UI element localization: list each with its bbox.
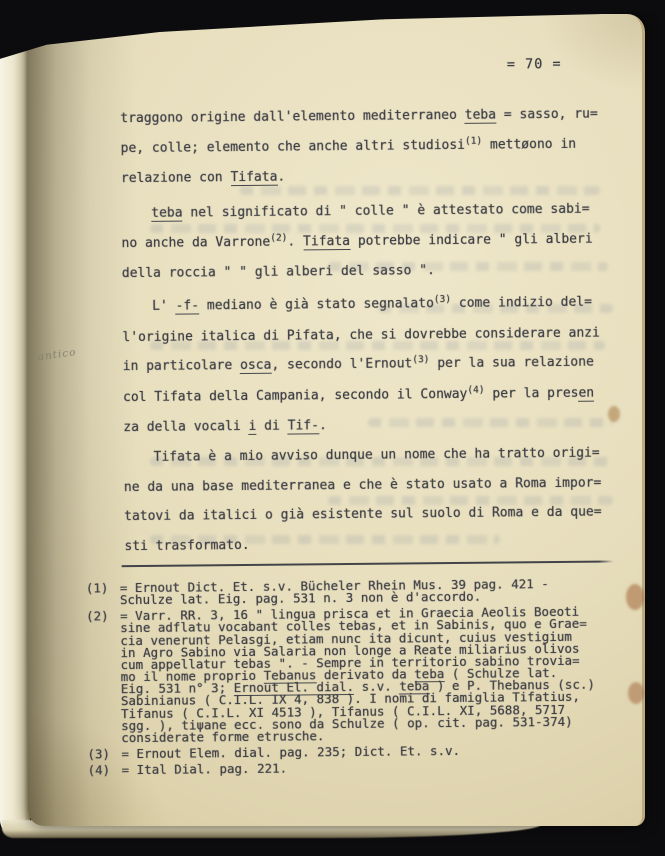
footnote-marker: (3) [87, 748, 121, 760]
footnote-text: = Ernout Elem. dial. pag. 235; Dict. Et.… [121, 743, 632, 760]
margin-annotation: antico [37, 342, 108, 363]
paragraph: Tifata è a mio avviso dunque un nome che… [123, 438, 624, 561]
body-text: traggono origine dall'elemento mediterra… [120, 99, 624, 561]
footnote: (4)= Ital Dial. pag. 221. [88, 759, 633, 776]
paragraph: teba nel significato di " colle " è atte… [121, 194, 622, 288]
document-page: = 70 = antico traggono origine dall'elem… [28, 14, 645, 826]
footnote: (3)= Ernout Elem. dial. pag. 235; Dict. … [87, 743, 632, 760]
footnote-text: = Ital Dial. pag. 221. [122, 759, 633, 776]
typed-content: = 70 = antico traggono origine dall'elem… [24, 11, 646, 829]
footnote: (2)= Varr. RR. 3, 16 " lingua prisca et … [86, 606, 632, 745]
footnote-marker: (4) [88, 764, 122, 776]
footnote: (1)= Ernout Dict. Et. s.v. Bücheler Rhei… [86, 577, 631, 607]
footnotes: (1)= Ernout Dict. Et. s.v. Bücheler Rhei… [86, 577, 633, 777]
paragraph: L' -f- mediano è già stato segnalato(3) … [122, 287, 623, 442]
footnote-separator [122, 560, 614, 567]
page-number: = 70 = [507, 56, 562, 73]
footnote-text: = Varr. RR. 3, 16 " lingua prisca et in … [120, 606, 632, 745]
footnote-text: = Ernout Dict. Et. s.v. Bücheler Rhein M… [120, 577, 631, 606]
footnote-marker: (1) [86, 582, 120, 594]
footnote-marker: (2) [86, 611, 120, 623]
paragraph: traggono origine dall'elemento mediterra… [120, 99, 621, 193]
